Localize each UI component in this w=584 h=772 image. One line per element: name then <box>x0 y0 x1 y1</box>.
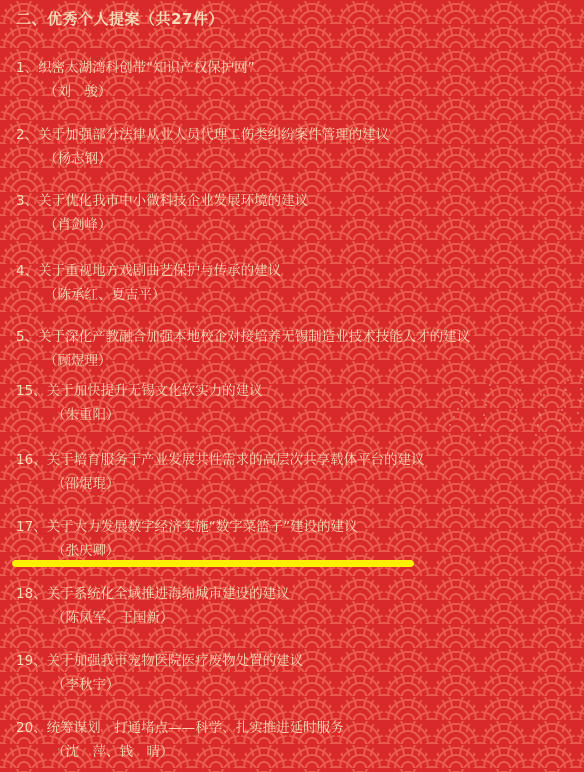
proposal-title: 2、关于加强部分法律从业人员代理工伤类纠纷案件管理的建议 <box>16 125 389 145</box>
yellow-highlight-underline <box>12 560 414 567</box>
proposal-title: 18、关于系统化全域推进海绵城市建设的建议 <box>16 584 290 604</box>
proposal-item: 5、关于深化产教融合加强本地校企对接培养无锡制造业技术技能人才的建议 （顾煜理） <box>16 327 470 371</box>
proposal-item: 2、关于加强部分法律从业人员代理工伤类纠纷案件管理的建议 （杨志钢） <box>16 125 389 169</box>
proposal-author: （陈凤军、王国新） <box>16 608 290 628</box>
proposal-author: （邵焜琨） <box>16 474 425 494</box>
proposal-author: （陈承红、夏吉平） <box>16 285 281 305</box>
proposal-item: 1、织密太湖湾科创带“知识产权保护网” （刘 骏） <box>16 58 255 102</box>
proposal-title: 19、关于加强我市宠物医院医疗废物处置的建议 <box>16 651 303 671</box>
proposal-item: 20、统筹谋划 打通堵点——科学、扎实推进延时服务 （沈 萍、钱 晴） <box>16 718 344 762</box>
section-title: 二、优秀个人提案（共27件） <box>16 8 224 29</box>
proposal-author: （顾煜理） <box>16 351 470 371</box>
proposal-title: 15、关于加快提升无锡文化软实力的建议 <box>16 381 263 401</box>
proposal-item: 18、关于系统化全域推进海绵城市建设的建议 （陈凤军、王国新） <box>16 584 290 628</box>
proposal-author: （杨志钢） <box>16 149 389 169</box>
proposal-title: 17、关于大力发展数字经济实施“数字菜篮子”建设的建议 <box>16 517 358 537</box>
proposal-title: 20、统筹谋划 打通堵点——科学、扎实推进延时服务 <box>16 718 344 738</box>
proposal-item: 4、关于重视地方戏剧曲艺保护与传承的建议 （陈承红、夏吉平） <box>16 261 281 305</box>
proposal-author: （朱重阳） <box>16 405 263 425</box>
proposal-item: 3、关于优化我市中小微科技企业发展环境的建议 （肖剑峰） <box>16 191 308 235</box>
proposal-author: （李秋宇） <box>16 675 303 695</box>
proposal-author: （刘 骏） <box>16 82 255 102</box>
proposal-title: 1、织密太湖湾科创带“知识产权保护网” <box>16 58 255 78</box>
proposal-item: 16、关于培育服务于产业发展共性需求的高层次共享载体平台的建议 （邵焜琨） <box>16 450 425 494</box>
proposal-author: （张庆卿） <box>16 541 358 561</box>
proposal-author: （肖剑峰） <box>16 215 308 235</box>
proposal-item: 17、关于大力发展数字经济实施“数字菜篮子”建设的建议 （张庆卿） <box>16 517 358 561</box>
proposal-item: 19、关于加强我市宠物医院医疗废物处置的建议 （李秋宇） <box>16 651 303 695</box>
proposal-title: 5、关于深化产教融合加强本地校企对接培养无锡制造业技术技能人才的建议 <box>16 327 470 347</box>
proposal-title: 16、关于培育服务于产业发展共性需求的高层次共享载体平台的建议 <box>16 450 425 470</box>
proposal-list-page: 二、优秀个人提案（共27件） 1、织密太湖湾科创带“知识产权保护网” （刘 骏）… <box>0 0 584 772</box>
proposal-title: 4、关于重视地方戏剧曲艺保护与传承的建议 <box>16 261 281 281</box>
proposal-author: （沈 萍、钱 晴） <box>16 742 344 762</box>
proposal-title: 3、关于优化我市中小微科技企业发展环境的建议 <box>16 191 308 211</box>
proposal-item: 15、关于加快提升无锡文化软实力的建议 （朱重阳） <box>16 381 263 425</box>
